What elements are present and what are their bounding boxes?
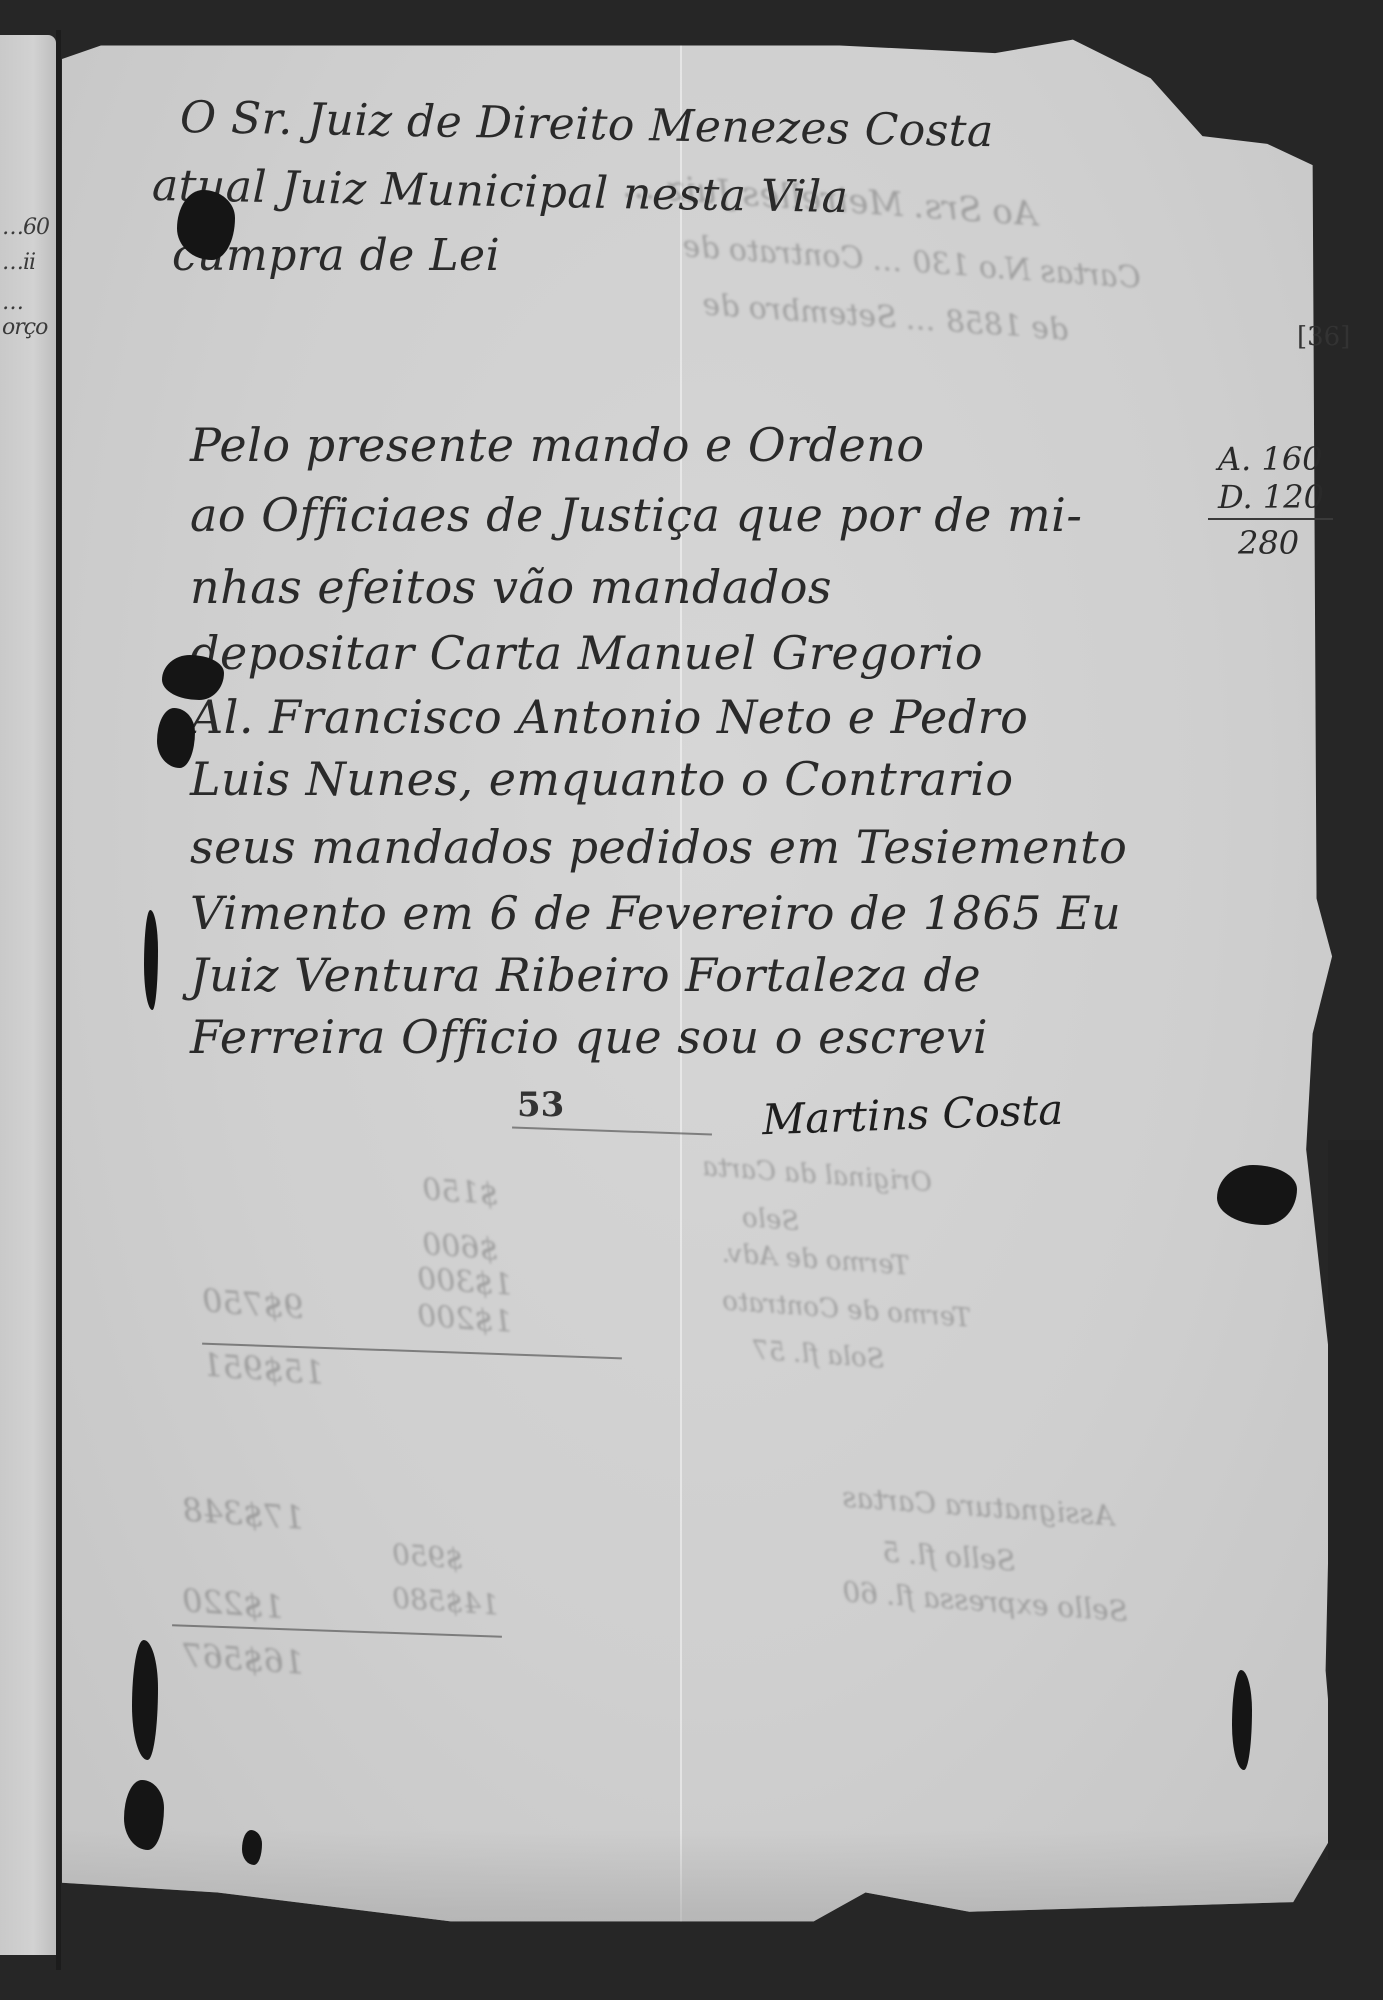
manuscript-page: Ao Srs. Meirelles Juiz … Cartas N.o 130 … <box>62 30 1358 1960</box>
ledger-amount: $150 <box>421 1172 500 1212</box>
ledger-note: Termo de Contrato <box>721 1286 971 1333</box>
ink-blot <box>132 1640 158 1760</box>
previous-page-edge: …60 …ii …orço <box>0 35 56 1955</box>
folio-number: [36] <box>1297 322 1350 352</box>
ledger-amount: $600 <box>421 1227 500 1267</box>
heading-line: atual Juiz Municipal nesta Vila <box>152 160 849 223</box>
ledger-amount: 9$750 <box>201 1281 305 1326</box>
ledger-rule <box>172 1624 502 1638</box>
body-line: Ferreira Officio que sou o escrevi <box>190 1010 988 1064</box>
prev-page-fragment: …ii <box>2 250 35 275</box>
account-total: 280 <box>1218 524 1338 562</box>
ledger-total: 15$951 <box>201 1346 326 1392</box>
bleed-through-text: Cartas N.o 130 … Contrato de <box>681 229 1141 296</box>
ink-blot <box>1295 1900 1317 1930</box>
body-line: Al. Francisco Antonio Neto e Pedro <box>190 690 1028 744</box>
ink-blot <box>124 1780 164 1850</box>
ledger-amount: 1$300 <box>416 1262 514 1304</box>
body-line: nhas efeitos vão mandados <box>190 560 832 614</box>
ledger-note: Assignatura Cartas <box>841 1481 1115 1533</box>
ledger-note: Sello fl. 5 <box>881 1535 1017 1577</box>
body-line: Vimento em 6 de Fevereiro de 1865 Eu <box>190 886 1121 940</box>
scan-frame: …60 …ii …orço Ao Srs. Meirelles Juiz … C… <box>0 0 1383 2000</box>
heading-line: O Sr. Juiz de Direito Menezes Costa <box>180 92 995 157</box>
body-line: seus mandados pedidos em Tesiemento <box>190 820 1127 874</box>
ink-blot <box>177 190 235 260</box>
ledger-note: Selo <box>741 1203 800 1237</box>
ledger-total: 16$567 <box>181 1636 306 1682</box>
account-line-d: D. 120 <box>1218 478 1338 516</box>
prev-page-fragment: …60 <box>2 215 49 240</box>
body-line: Pelo presente mando e Ordeno <box>190 418 925 472</box>
body-line: depositar Carta Manuel Gregorio <box>190 626 983 680</box>
signature: Martins Costa <box>761 1085 1064 1144</box>
ink-blot <box>1232 1670 1252 1770</box>
ledger-amount: 17$348 <box>181 1491 306 1537</box>
ledger-amount: $950 <box>391 1538 464 1576</box>
margin-accounts: A. 160 D. 120 280 <box>1218 440 1338 562</box>
bleed-through-text: de 1858 … Setembro de <box>701 287 1069 347</box>
ledger-amount: 1$220 <box>181 1581 285 1626</box>
account-line-a: A. 160 <box>1218 440 1338 478</box>
ledger-note: Original da Carta <box>701 1152 933 1198</box>
ink-blot <box>162 655 224 700</box>
body-line: Juiz Ventura Ribeiro Fortaleza de <box>190 948 981 1002</box>
ink-blot <box>1217 1165 1297 1225</box>
body-line: ao Officiaes de Justiça que por de mi- <box>190 488 1082 542</box>
signature-reference-number: 53 <box>517 1085 564 1125</box>
ledger-note: Termo de Adv. <box>721 1239 910 1282</box>
ink-blot <box>157 708 195 768</box>
ledger-amount: 14$580 <box>391 1581 500 1621</box>
ink-blot <box>144 910 158 1010</box>
body-line: Luis Nunes, emquanto o Contrario <box>190 752 1014 806</box>
ledger-amount: 1$200 <box>416 1299 514 1341</box>
ledger-note: Sola fl. 57 <box>751 1335 885 1374</box>
account-sum-rule <box>1208 518 1333 520</box>
ink-blot <box>242 1830 262 1865</box>
ledger-note: Sello expressa fl. 60 <box>841 1575 1129 1628</box>
prev-page-fragment: …orço <box>2 290 56 340</box>
page-gutter <box>56 30 61 1970</box>
torn-page-edge <box>1328 1140 1383 1860</box>
